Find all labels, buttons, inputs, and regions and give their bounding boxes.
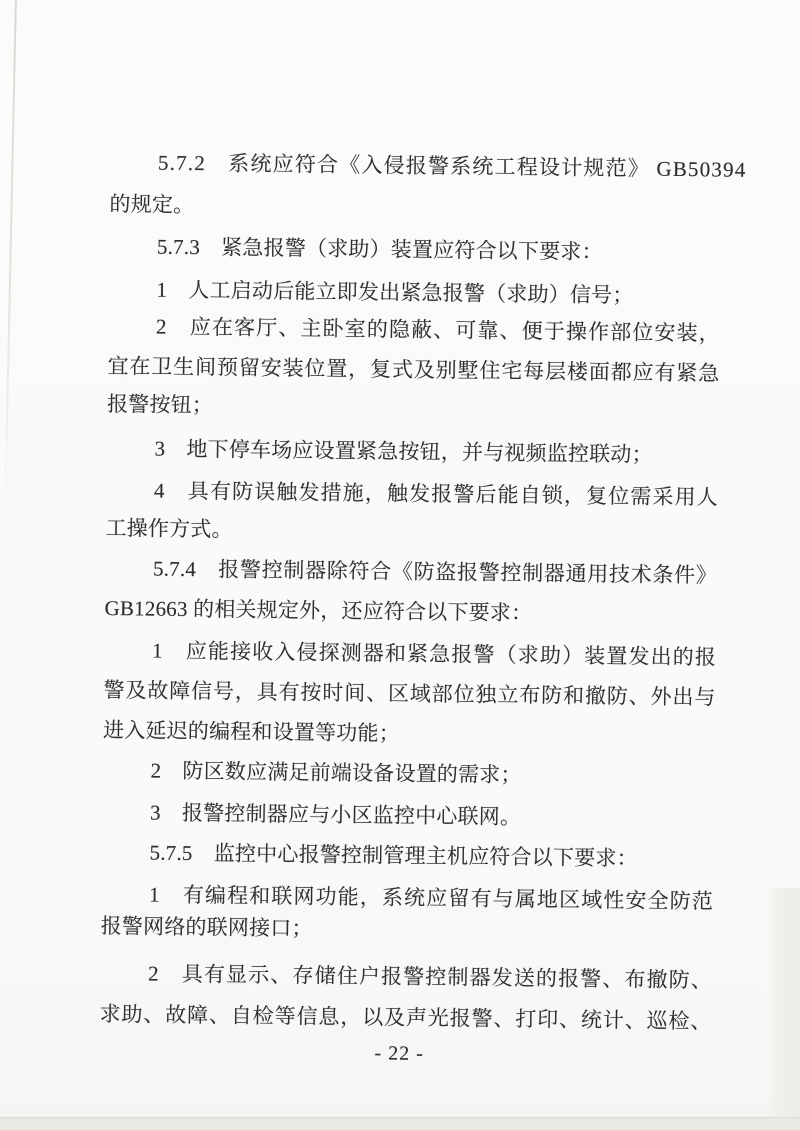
clause-5-7-4-item-3: 3 报警控制器应与小区监控中心联网。: [102, 799, 714, 832]
page-number: - 22 -: [99, 1038, 699, 1069]
clause-5-7-3-item-3: 3 地下停车场应设置紧急按钮，并与视频监控联动；: [106, 435, 718, 468]
clause-5-7-3-item-1: 1 人工启动后能立即发出紧急报警（求助）信号；: [108, 276, 720, 309]
scan-left-edge: [4, 0, 17, 534]
clause-5-7-4-line-1: 5.7.4 报警控制器除符合《防盗报警控制器通用技术条件》: [105, 555, 717, 588]
clause-5-7-5-item-2-line-2: 求助、故障、自检等信息，以及声光报警、打印、统计、巡检、: [99, 1001, 711, 1034]
document-page: 5.7.2 系统应符合《入侵报警系统工程设计规范》 GB50394 的规定。 5…: [0, 0, 800, 1130]
clause-5-7-5-heading: 5.7.5 监控中心报警控制管理主机应符合以下要求：: [101, 839, 713, 872]
clause-5-7-3-heading: 5.7.3 紧急报警（求助）装置应符合以下要求：: [109, 233, 721, 266]
clause-5-7-3-item-4-line-1: 4 具有防误触发措施，触发报警后能自锁，复位需采用人: [106, 477, 718, 510]
text-column: 5.7.2 系统应符合《入侵报警系统工程设计规范》 GB50394 的规定。 5…: [98, 0, 724, 1130]
clause-5-7-3-item-2-line-1: 2 应在客厅、主卧室的隐蔽、可靠、便于操作部位安装，: [108, 313, 720, 346]
clause-5-7-2-line-1: 5.7.2 系统应符合《入侵报警系统工程设计规范》 GB50394: [110, 149, 722, 182]
clause-5-7-5-item-2-line-1: 2 具有显示、存储住户报警控制器发送的报警、布撤防、: [100, 960, 712, 993]
clause-5-7-4-item-1-line-2: 警及故障信号，具有按时间、区域部位独立布防和撤防、外出与: [103, 677, 715, 710]
clause-5-7-4-line-2: GB12663 的相关规定外，还应符合以下要求：: [104, 595, 716, 628]
clause-5-7-3-item-4-line-2: 工操作方式。: [105, 515, 717, 548]
clause-5-7-2-line-2: 的规定。: [109, 191, 721, 224]
clause-5-7-3-item-2-line-2: 宜在卫生间预留安装位置，复式及别墅住宅每层楼面都应有紧急: [107, 353, 719, 386]
scan-right-edge: [768, 888, 800, 1118]
clause-5-7-4-item-2: 2 防区数应满足前端设备设置的需求；: [102, 757, 714, 790]
clause-5-7-5-item-1-line-1: 1 有编程和联网功能，系统应留有与属地区域性安全防范: [101, 881, 713, 914]
clause-5-7-4-item-1-line-1: 1 应能接收入侵探测器和紧急报警（求助）装置发出的报: [104, 637, 716, 670]
clause-5-7-3-item-2-line-3: 报警按钮；: [107, 391, 719, 424]
clause-5-7-5-item-1-line-2: 报警网络的联网接口；: [101, 913, 713, 946]
clause-5-7-4-item-1-line-3: 进入延迟的编程和设置等功能；: [103, 717, 715, 750]
